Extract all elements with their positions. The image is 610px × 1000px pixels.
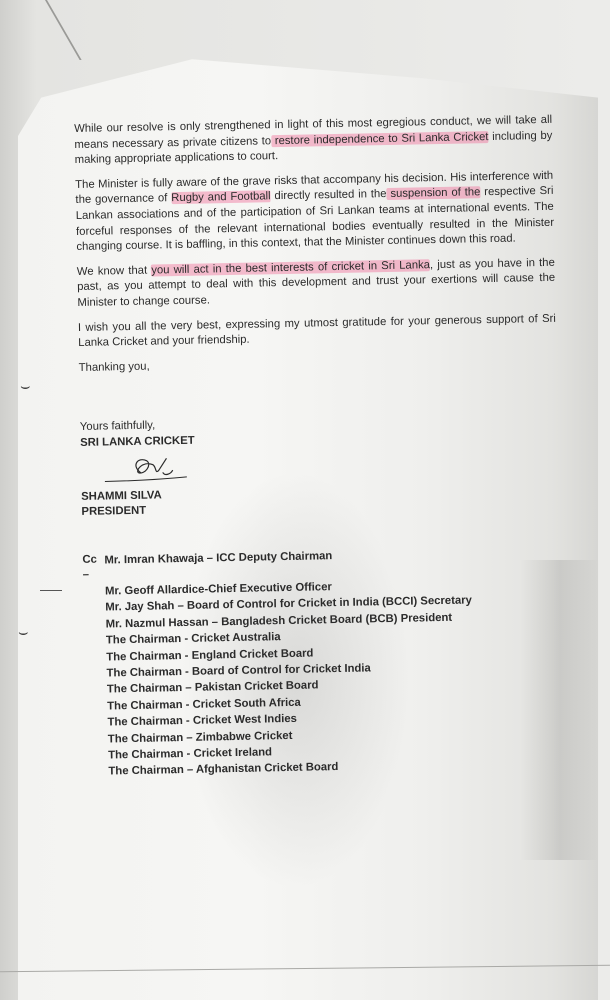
highlighted-text: restore independence to Sri Lanka Cricke… — [271, 131, 489, 147]
margin-tick-mark: ⌣ — [20, 378, 31, 396]
paragraph-legal-action: While our resolve is only strengthened i… — [74, 113, 553, 169]
text-segment: I wish you all the very best, expressing… — [78, 312, 556, 349]
margin-dash-mark — [40, 590, 62, 591]
margin-tick-mark: ⌣ — [18, 624, 29, 642]
paragraph-minister-risks: The Minister is fully aware of the grave… — [75, 169, 554, 256]
paragraph-best-interests: We know that you will act in the best in… — [77, 256, 556, 312]
cc-recipient: Mr. Imran Khawaja – ICC Deputy Chairman — [104, 548, 332, 584]
cc-prefix: Cc – — [82, 552, 105, 584]
paragraph-gratitude: I wish you all the very best, expressing… — [78, 311, 557, 351]
letter-body: While our resolve is only strengthened i… — [74, 113, 565, 781]
cc-list: Cc – Mr. Imran Khawaja – ICC Deputy Chai… — [82, 543, 564, 780]
text-segment: We know that — [77, 264, 152, 277]
signature — [100, 449, 191, 489]
text-segment: directly resulted in the — [271, 188, 387, 202]
signature-scribble-icon — [100, 449, 191, 489]
highlighted-text: you will act in the best interests of cr… — [151, 259, 430, 276]
highlighted-text: suspension of the — [386, 187, 480, 201]
highlighted-text: Rugby and Football — [171, 191, 271, 205]
